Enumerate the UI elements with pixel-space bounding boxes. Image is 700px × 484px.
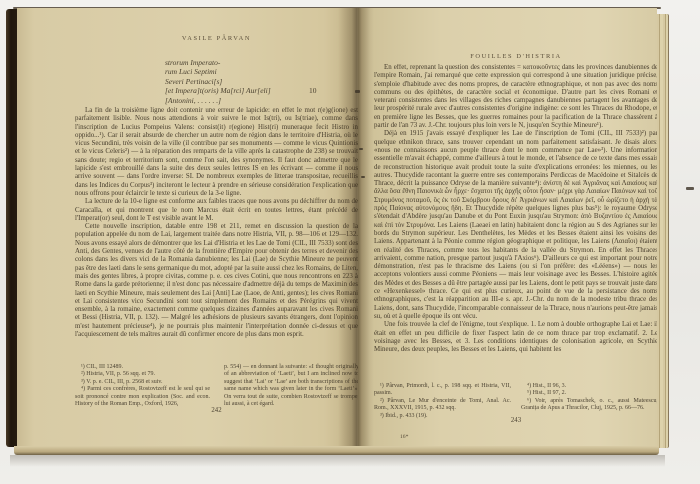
footnote: ⁶) Voir, après Tomaschek, o. c., aussi M… <box>521 398 658 413</box>
page-right: FOUILLES D'HISTRIA En effet, reprenant l… <box>358 8 657 446</box>
footnote: ¹) Pârvan, Primordi, l. c., p. 198 sqq. … <box>374 383 511 398</box>
paragraph: La lecture de la 10-e ligne est conforme… <box>75 198 358 223</box>
page-number-left: 242 <box>75 407 358 414</box>
right-page-footnotes: ¹) Pârvan, Primordi, l. c., p. 198 sqq. … <box>374 383 658 420</box>
paragraph: En effet, reprenant la question des cons… <box>374 64 658 130</box>
footnote: ²) Pârvan, Le Mur d'enceinte de Tomi, An… <box>374 398 511 413</box>
signature-mark: 16* <box>400 434 408 440</box>
footnote-column-2: p. 554) — en donnant la suivante: «I tho… <box>224 364 359 408</box>
inscription-line: rum Luci Septimi <box>165 67 325 76</box>
bottom-page-edges <box>14 446 659 455</box>
scan-artifact <box>686 187 694 190</box>
inscription-quote: strorum Imperato- rum Luci Septimi Sever… <box>165 58 325 105</box>
scan-artifact <box>359 148 363 150</box>
footnote: ⁵) Hist., II 97, 2. <box>521 390 658 397</box>
footnote: p. 554) — en donnant la suivante: «I tho… <box>224 364 359 408</box>
book-scan-spread: VASILE PÂRVAN strorum Imperato- rum Luci… <box>0 0 700 484</box>
footnote: ²) Histria, VII, p. 56 sqq. et 79. <box>75 371 210 378</box>
paragraph: Déjà en 1915 j'avais essayé d'expliquer … <box>374 130 658 321</box>
inscription-line-text: [et Impera]t(oris) Ma[rci] Aur[eli] <box>165 86 271 95</box>
footnote-column-1: ¹) Pârvan, Primordi, l. c., p. 198 sqq. … <box>374 383 511 420</box>
inscription-line-number: 10 <box>309 86 317 95</box>
inscription-line: strorum Imperato- <box>165 58 325 67</box>
left-page-footnotes: ¹) CIL, III 12489. ²) Histria, VII, p. 5… <box>75 364 359 408</box>
inscription-line: [Antonini, . . . . . .] <box>165 96 325 105</box>
paragraph: Cette nouvelle inscription, datable entr… <box>75 223 358 339</box>
scan-artifact <box>355 90 360 93</box>
right-page-body: En effet, reprenant la question des cons… <box>374 64 658 378</box>
paragraph: La fin de la troisième ligne doit conten… <box>75 107 358 198</box>
inscription-line: [et Impera]t(oris) Ma[rci] Aur[eli] 10 <box>165 86 325 95</box>
footnote-column-2: ⁴) Hist., II 96, 3. ⁵) Hist., II 97, 2. … <box>521 383 658 420</box>
footnote-column-1: ¹) CIL, III 12489. ²) Histria, VII, p. 5… <box>75 364 210 408</box>
book-shadow <box>10 455 665 467</box>
footnote: ⁴) Parmi ces confrères, Rostovtzeff est … <box>75 386 210 408</box>
paragraph: Une fois trouvée la clef de l'énigme, to… <box>374 321 658 354</box>
page-left: VASILE PÂRVAN strorum Imperato- rum Luci… <box>17 8 358 446</box>
left-page-body: La fin de la troisième ligne doit conten… <box>75 107 358 363</box>
fore-edge-pages <box>657 14 669 448</box>
inscription-line: Severi Pertinaci[s] <box>165 77 325 86</box>
scan-artifact <box>361 176 365 178</box>
page-number-right: 243 <box>374 417 658 424</box>
running-head-right: FOUILLES D'HISTRIA <box>374 53 658 60</box>
running-head-left: VASILE PÂRVAN <box>75 35 358 42</box>
